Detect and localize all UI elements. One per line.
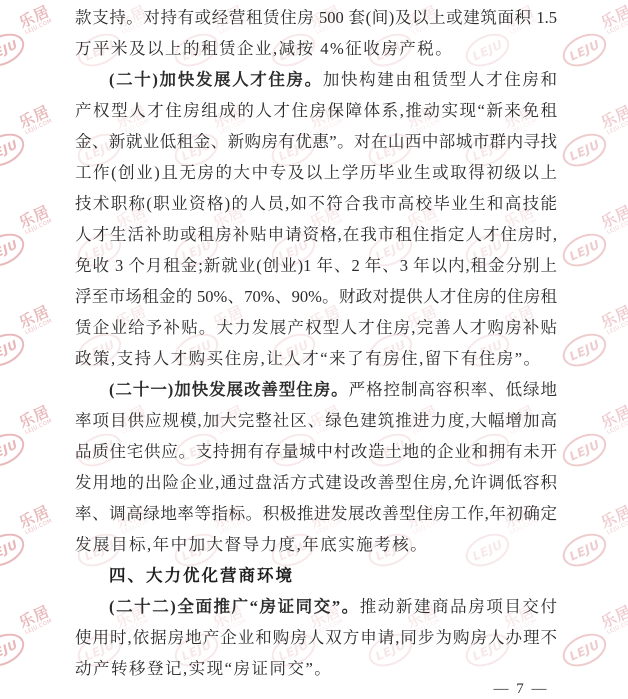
body-text: 动产转移登记,实现“房证同交”。 (75, 659, 332, 678)
leju-oval-icon: LEJU (557, 127, 611, 173)
leju-cn-label: 乐居 (15, 400, 53, 433)
leju-cn-label: 乐居 (597, 0, 628, 33)
leju-oval-icon: LEJU (557, 227, 611, 273)
body-text: 推动新建商品房项目交付 (360, 597, 557, 616)
text-line: 品质住宅供应。支持拥有存量城中村改造土地的企业和拥有未开 (75, 436, 557, 467)
text-line: 使用时,依据房地产企业和购房人双方申请,同步为购房人办理不 (75, 622, 557, 653)
text-line: (二十一)加快发展改善型住房。严格控制高容积率、低绿地 (75, 374, 557, 405)
leju-cn-label: 乐居 (15, 300, 53, 333)
text-line: 产权型人才住房组成的人才住房保障体系,推动实现“新来免租 (75, 95, 557, 126)
leju-cn-label: 乐居 (597, 300, 628, 333)
leju-domain-label: LEJU.COM (24, 18, 53, 36)
leju-oval-icon: LEJU (0, 527, 29, 573)
body-text: 人才生活补助或租房补贴申请资格,在我市租住指定人才住房时, (75, 225, 557, 244)
text-line: 万平米及以上的租赁企业,减按 4%征收房产税。 (75, 33, 557, 64)
leju-logo-watermark: LEJU乐居LEJU.COM (552, 98, 628, 179)
leju-oval-icon: LEJU (0, 127, 29, 173)
text-line: (二十)加快发展人才住房。加快构建由租赁型人才住房和 (75, 64, 557, 95)
leju-logo-watermark: LEJU乐居LEJU.COM (0, 398, 70, 479)
body-text: 发展目标,年中加大督导力度,年底实施考核。 (75, 535, 428, 554)
text-line: 率、调高绿地率等指标。积极推进发展改善型住房工作,年初确定 (75, 498, 557, 529)
text-line: 工作(创业)且无房的大中专及以上学历毕业生或取得初级以上 (75, 157, 557, 188)
body-text: 款支持。对持有或经营租赁住房 500 套(间)及以上或建筑面积 1.5 (75, 8, 557, 27)
leju-logo-watermark: LEJU乐居LEJU.COM (0, 198, 70, 279)
body-text: 浮至市场租金的 50%、70%、90%。财政对提供人才住房的住房租 (75, 287, 557, 306)
leju-oval-icon: LEJU (0, 27, 29, 73)
body-text: 政策,支持人才购买住房,让人才“来了有房住,留下有住房”。 (75, 349, 542, 368)
leju-cn-label: 乐居 (597, 600, 628, 633)
body-text: 工作(创业)且无房的大中专及以上学历毕业生或取得初级以上 (75, 163, 557, 182)
chapter-title: 四、大力优化营商环境 (109, 567, 294, 585)
text-line: 款支持。对持有或经营租赁住房 500 套(间)及以上或建筑面积 1.5 (75, 2, 557, 33)
body-text: 产权型人才住房组成的人才住房保障体系,推动实现“新来免租 (75, 101, 557, 120)
text-line: 技术职称(职业资格)的人员,如不符合我市高校毕业生和高技能 (75, 188, 557, 219)
body-text: 发用地的出险企业,通过盘活方式建设改善型住房,允许调低容积 (75, 473, 557, 492)
text-line: 赁企业给予补贴。大力发展产权型人才住房,完善人才购房补贴 (75, 312, 557, 343)
body-text: 免收 3 个月租金;新就业(创业)1 年、2 年、3 年以内,租金分别上 (75, 256, 557, 275)
leju-domain-label: LEJU.COM (606, 318, 628, 336)
body-text: 使用时,依据房地产企业和购房人双方申请,同步为购房人办理不 (75, 628, 557, 647)
leju-oval-icon: LEJU (557, 627, 611, 673)
body-text: 金、新就业低租金、新购房有优惠”。对在山西中部城市群内寻找 (75, 132, 557, 151)
leju-domain-label: LEJU.COM (606, 418, 628, 436)
leju-cn-label: 乐居 (597, 400, 628, 433)
leju-domain-label: LEJU.COM (606, 18, 628, 36)
text-line: 动产转移登记,实现“房证同交”。 (75, 653, 557, 684)
leju-logo-watermark: LEJU乐居LEJU.COM (552, 198, 628, 279)
leju-logo-watermark: LEJU乐居LEJU.COM (0, 298, 70, 379)
leju-logo-watermark: LEJU乐居LEJU.COM (552, 298, 628, 379)
leju-oval-icon: LEJU (0, 627, 29, 673)
text-line: 人才生活补助或租房补贴申请资格,在我市租住指定人才住房时, (75, 219, 557, 250)
leju-logo-watermark: LEJU乐居LEJU.COM (552, 398, 628, 479)
text-line: 浮至市场租金的 50%、70%、90%。财政对提供人才住房的住房租 (75, 281, 557, 312)
leju-logo-watermark: LEJU乐居LEJU.COM (0, 98, 70, 179)
leju-domain-label: LEJU.COM (606, 118, 628, 136)
leju-domain-label: LEJU.COM (24, 318, 53, 336)
body-text: 品质住宅供应。支持拥有存量城中村改造土地的企业和拥有未开 (75, 442, 557, 461)
text-line: (二十二)全面推广“房证同交”。推动新建商品房项目交付 (75, 591, 557, 622)
leju-cn-label: 乐居 (597, 500, 628, 533)
body-text: 万平米及以上的租赁企业,减按 4%征收房产税。 (75, 39, 453, 58)
leju-domain-label: LEJU.COM (606, 218, 628, 236)
leju-oval-icon: LEJU (557, 427, 611, 473)
document-page: { "page": { "background": "#ffffff", "pa… (0, 0, 628, 699)
leju-cn-label: 乐居 (15, 200, 53, 233)
leju-oval-icon: LEJU (557, 27, 611, 73)
clause-title: (二十一)加快发展改善型住房。 (109, 380, 349, 399)
body-text: 率、调高绿地率等指标。积极推进发展改善型住房工作,年初确定 (75, 504, 557, 523)
body-text: 赁企业给予补贴。大力发展产权型人才住房,完善人才购房补贴 (75, 318, 557, 337)
leju-domain-label: LEJU.COM (24, 418, 53, 436)
clause-title: (二十)加快发展人才住房。 (109, 70, 323, 89)
leju-domain-label: LEJU.COM (606, 618, 628, 636)
leju-domain-label: LEJU.COM (24, 618, 53, 636)
text-line: 免收 3 个月租金;新就业(创业)1 年、2 年、3 年以内,租金分别上 (75, 250, 557, 281)
leju-oval-icon: LEJU (0, 227, 29, 273)
text-line: 金、新就业低租金、新购房有优惠”。对在山西中部城市群内寻找 (75, 126, 557, 157)
leju-cn-label: 乐居 (15, 0, 53, 33)
leju-oval-icon: LEJU (0, 327, 29, 373)
leju-logo-watermark: LEJU乐居LEJU.COM (552, 498, 628, 579)
leju-logo-watermark: LEJU乐居LEJU.COM (552, 0, 628, 78)
text-line: 发展目标,年中加大督导力度,年底实施考核。 (75, 529, 557, 560)
leju-cn-label: 乐居 (15, 600, 53, 633)
body-text: 率项目供应规模,加大完整社区、绿色建筑推进力度,大幅增加高 (75, 411, 557, 430)
leju-oval-icon: LEJU (0, 427, 29, 473)
leju-logo-watermark: LEJU乐居LEJU.COM (0, 598, 70, 679)
page-number: — 7 — (483, 681, 559, 698)
leju-cn-label: 乐居 (15, 100, 53, 133)
text-line: 率项目供应规模,加大完整社区、绿色建筑推进力度,大幅增加高 (75, 405, 557, 436)
leju-domain-label: LEJU.COM (24, 118, 53, 136)
leju-logo-watermark: LEJU乐居LEJU.COM (552, 598, 628, 679)
leju-domain-label: LEJU.COM (606, 518, 628, 536)
body-text: 加快构建由租赁型人才住房和 (323, 70, 557, 89)
leju-cn-label: 乐居 (15, 500, 53, 533)
text-line: 政策,支持人才购买住房,让人才“来了有房住,留下有住房”。 (75, 343, 557, 374)
leju-oval-icon: LEJU (557, 527, 611, 573)
text-line: 发用地的出险企业,通过盘活方式建设改善型住房,允许调低容积 (75, 467, 557, 498)
document-body: 款支持。对持有或经营租赁住房 500 套(间)及以上或建筑面积 1.5万平米及以… (75, 2, 557, 684)
leju-logo-watermark: LEJU乐居LEJU.COM (0, 0, 70, 78)
leju-domain-label: LEJU.COM (24, 518, 53, 536)
leju-logo-watermark: LEJU乐居LEJU.COM (0, 498, 70, 579)
leju-domain-label: LEJU.COM (24, 218, 53, 236)
leju-cn-label: 乐居 (597, 100, 628, 133)
leju-cn-label: 乐居 (597, 200, 628, 233)
leju-oval-icon: LEJU (557, 327, 611, 373)
clause-title: (二十二)全面推广“房证同交”。 (109, 597, 360, 616)
section-heading: 四、大力优化营商环境 (75, 560, 557, 591)
body-text: 严格控制高容积率、低绿地 (349, 380, 557, 399)
body-text: 技术职称(职业资格)的人员,如不符合我市高校毕业生和高技能 (75, 194, 557, 213)
